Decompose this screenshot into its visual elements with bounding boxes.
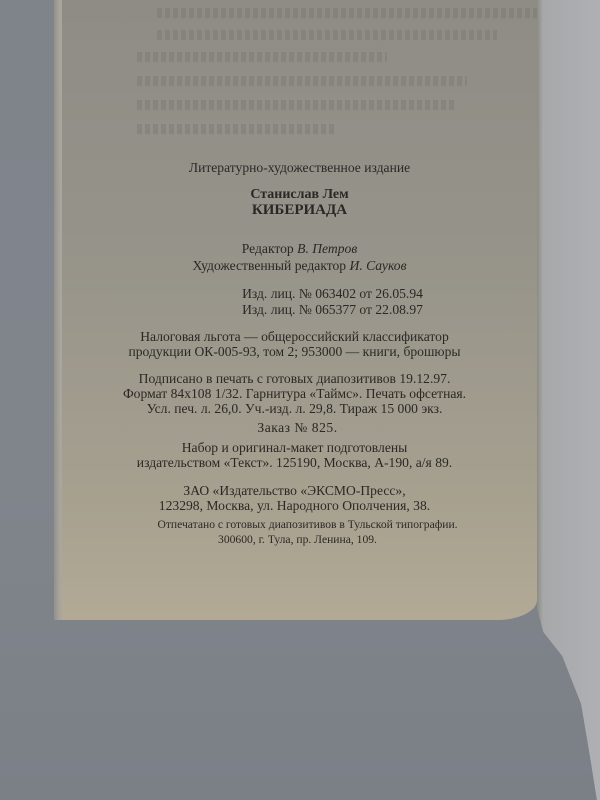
tax-line: Налоговая льгота — общероссийский класси… bbox=[57, 329, 532, 344]
typeset-line: издательством «Текст». 125190, Москва, А… bbox=[57, 455, 532, 470]
tax-line: продукции ОК-005-93, том 2; 953000 — кни… bbox=[57, 344, 532, 359]
bleed-through-text bbox=[137, 76, 467, 86]
editor-line: Редактор В. Петров bbox=[62, 241, 537, 256]
bleed-through-text bbox=[137, 100, 457, 110]
typeset-line: Набор и оригинал-макет подготовлены bbox=[57, 440, 532, 455]
art-editor-line: Художественный редактор И. Сауков bbox=[62, 258, 537, 273]
bleed-through-text bbox=[137, 52, 387, 62]
print-line: Подписано в печать с готовых диапозитиво… bbox=[57, 371, 532, 386]
license-line: Изд. лиц. № 063402 от 26.05.94 bbox=[95, 286, 570, 301]
author-name: Станислав Лем bbox=[62, 187, 537, 202]
license-line: Изд. лиц. № 065377 от 22.08.97 bbox=[95, 302, 570, 317]
print-line: Формат 84x108 1/32. Гарнитура «Таймс». П… bbox=[57, 386, 532, 401]
bleed-through-text bbox=[157, 8, 537, 18]
art-editor-label: Художественный редактор bbox=[193, 258, 347, 273]
publisher-line: ЗАО «Издательство «ЭКСМО-Пресс», bbox=[57, 483, 532, 498]
edition-type: Литературно-художественное издание bbox=[62, 160, 537, 175]
print-line: Усл. печ. л. 26,0. Уч.-изд. л. 29,8. Тир… bbox=[57, 401, 532, 416]
book-title: КИБЕРИАДА bbox=[62, 203, 537, 218]
bleed-through-text bbox=[157, 30, 497, 40]
editor-label: Редактор bbox=[242, 241, 294, 256]
printer-line: Отпечатано с готовых диапозитивов в Туль… bbox=[70, 517, 545, 532]
printer-line: 300600, г. Тула, пр. Ленина, 109. bbox=[60, 532, 535, 547]
bleed-through-text bbox=[137, 124, 337, 134]
order-number: Заказ № 825. bbox=[60, 420, 535, 435]
publisher-line: 123298, Москва, ул. Народного Ополчения,… bbox=[57, 498, 532, 513]
editor-name: В. Петров bbox=[297, 241, 357, 256]
page-stack-edge bbox=[537, 0, 600, 800]
art-editor-name: И. Сауков bbox=[350, 258, 407, 273]
